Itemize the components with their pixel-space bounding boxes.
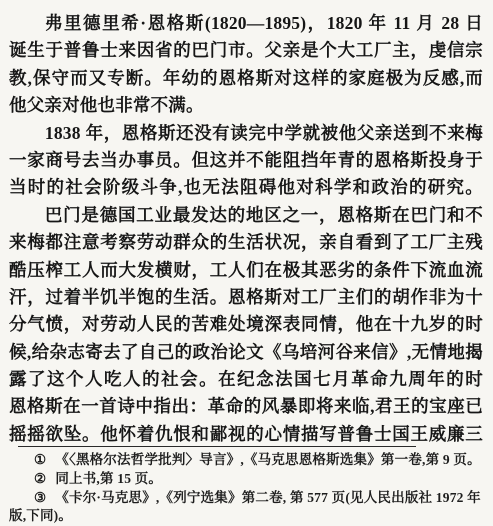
footnote-line: ③《卡尔·马克思》,《列宁选集》第二卷, 第 577 页(见人民出版社 1972… — [9, 489, 485, 508]
body-line: 当时的社会阶级斗争,也无法阻碍他对科学和政治的研究。 — [9, 174, 483, 201]
body-line: 教,保守而又专断。年幼的恩格斯对这样的家庭极为反感,而 — [9, 65, 483, 92]
footnote-text: 《〈黑格尔法哲学批判〉导言》,《马克思恩格斯选集》第一卷,第 9 页。 — [55, 452, 481, 467]
footnote-marker: ③ — [34, 489, 46, 508]
footnote-separator — [18, 446, 416, 447]
body-line: 巴门是德国工业最发达的地区之一，恩格斯在巴门和不 — [9, 202, 483, 229]
body-line: 1838 年，恩格斯还没有读完中学就被他父亲送到不来梅 — [9, 120, 483, 147]
footnote-marker: ① — [34, 451, 46, 470]
footnote-line: ①《〈黑格尔法哲学批判〉导言》,《马克思恩格斯选集》第一卷,第 9 页。 — [9, 451, 485, 470]
footnote-marker: ② — [34, 470, 46, 489]
body-line: 弗里德里希·恩格斯(1820—1895)，1820 年 11 月 28 日 — [9, 10, 483, 37]
body-line: 诞生于普鲁士来因省的巴门市。父亲是个大工厂主，虔信宗 — [9, 37, 483, 64]
body-line: 酷压榨工人而大发横财，工人们在极其恶劣的条件下流血流 — [9, 257, 483, 284]
footnote-line: 版,下同)。 — [9, 507, 485, 526]
book-page: 弗里德里希·恩格斯(1820—1895)，1820 年 11 月 28 日诞生于… — [0, 0, 493, 526]
body-text-block: 弗里德里希·恩格斯(1820—1895)，1820 年 11 月 28 日诞生于… — [9, 10, 483, 448]
footnotes-block: ①《〈黑格尔法哲学批判〉导言》,《马克思恩格斯选集》第一卷,第 9 页。 ②同上… — [9, 451, 485, 526]
footnote-text: 版,下同)。 — [9, 508, 72, 523]
footnote-line: ②同上书,第 15 页。 — [9, 470, 485, 489]
body-line: 候,给杂志寄去了自己的政治论文《乌培河谷来信》,无情地揭 — [9, 339, 483, 366]
body-line: 他父亲对他也非常不满。 — [9, 92, 483, 119]
footnote-text: 《卡尔·马克思》,《列宁选集》第二卷, 第 577 页(见人民出版社 1972 … — [55, 490, 481, 505]
body-line: 恩格斯在一首诗中指出：革命的风暴即将来临,君王的宝座已 — [9, 393, 483, 420]
body-line: 一家商号去当办事员。但这并不能阻挡年青的恩格斯投身于 — [9, 147, 483, 174]
body-line: 露了这个人吃人的社会。在纪念法国七月革命九周年的时候， — [9, 366, 483, 393]
body-line: 分气愤，对劳动人民的苦难处境深表同情，他在十九岁的时 — [9, 311, 483, 338]
body-line: 摇摇欲坠。他怀着仇恨和鄙视的心情描写普鲁士国王威廉三 — [9, 421, 483, 448]
body-line: 来梅都注意考察劳动群众的生活状况，亲自看到了工厂主残 — [9, 229, 483, 256]
footnote-text: 同上书,第 15 页。 — [55, 471, 162, 486]
body-line: 汗，过着半饥半饱的生活。恩格斯对工厂主们的胡作非为十 — [9, 284, 483, 311]
